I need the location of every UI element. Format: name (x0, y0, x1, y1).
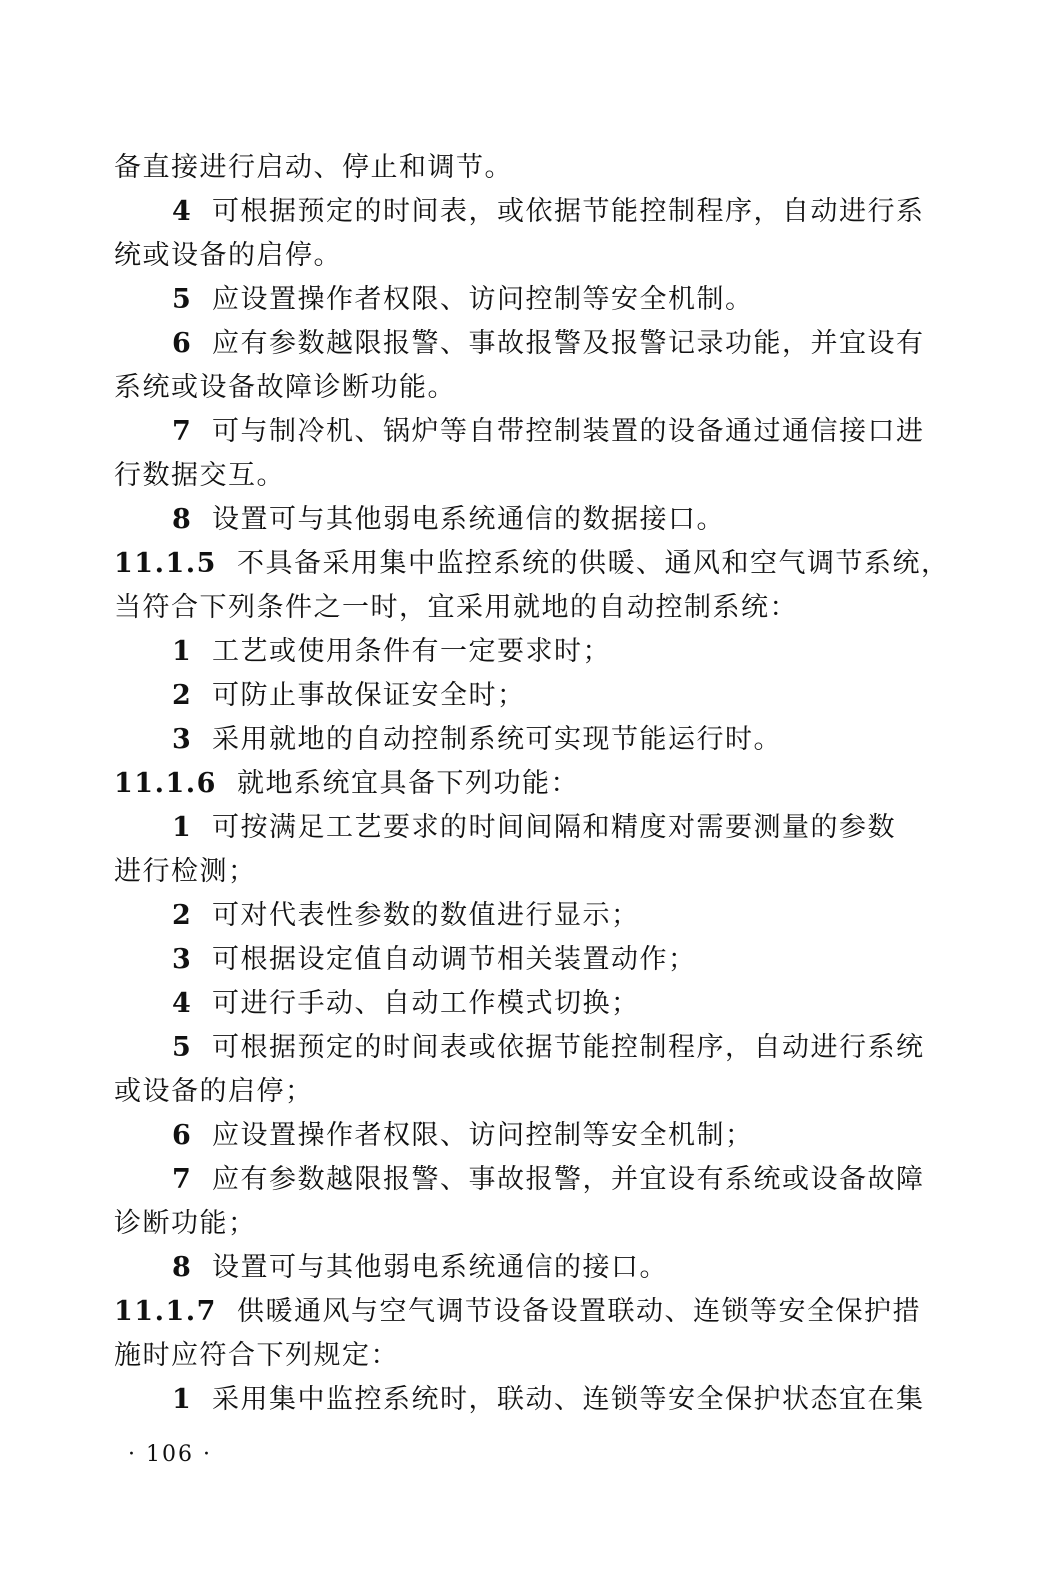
line-text: 当符合下列条件之一时，宜采用就地的自动控制系统： (114, 592, 798, 623)
text-line: 当符合下列条件之一时，宜采用就地的自动控制系统： (114, 590, 798, 626)
text-line: 3可根据设定值自动调节相关装置动作； (172, 942, 697, 978)
text-line: 统或设备的启停。 (114, 238, 342, 274)
line-text: 可根据设定值自动调节相关装置动作； (212, 944, 697, 975)
item-number: 4 (172, 986, 212, 1022)
line-text: 工艺或使用条件有一定要求时； (212, 636, 611, 667)
line-text: 或设备的启停； (114, 1076, 314, 1107)
text-line: 或设备的启停； (114, 1074, 314, 1110)
text-line: 5应设置操作者权限、访问控制等安全机制。 (172, 282, 754, 318)
text-line: 8设置可与其他弱电系统通信的接口。 (172, 1250, 668, 1286)
item-number: 5 (172, 1030, 212, 1066)
item-number: 3 (172, 942, 212, 978)
item-number: 6 (172, 1118, 212, 1154)
line-text: 设置可与其他弱电系统通信的接口。 (212, 1252, 668, 1283)
item-number: 4 (172, 194, 212, 230)
page-number: · 106 · (128, 1442, 212, 1467)
section-number: 11.1.5 (114, 546, 217, 582)
line-text: 可根据预定的时间表，或依据节能控制程序，自动进行系 (212, 196, 925, 227)
line-text: 可按满足工艺要求的时间间隔和精度对需要测量的参数 (212, 812, 896, 843)
text-line: 7可与制冷机、锅炉等自带控制装置的设备通过通信接口进 (172, 414, 925, 450)
item-number: 8 (172, 502, 212, 538)
text-line: 进行检测； (114, 854, 257, 890)
text-line: 1工艺或使用条件有一定要求时； (172, 634, 611, 670)
line-text: 不具备采用集中监控系统的供暖、通风和空气调节系统， (237, 548, 950, 579)
line-text: 可进行手动、自动工作模式切换； (212, 988, 640, 1019)
text-line: 1可按满足工艺要求的时间间隔和精度对需要测量的参数 (172, 810, 896, 846)
text-line: 行数据交互。 (114, 458, 285, 494)
line-text: 就地系统宜具备下列功能： (237, 768, 579, 799)
text-line: 诊断功能； (114, 1206, 257, 1242)
text-line: 6应设置操作者权限、访问控制等安全机制； (172, 1118, 754, 1154)
line-text: 系统或设备故障诊断功能。 (114, 372, 456, 403)
item-number: 1 (172, 810, 212, 846)
line-text: 采用集中监控系统时，联动、连锁等安全保护状态宜在集 (212, 1384, 925, 1415)
line-text: 进行检测； (114, 856, 257, 887)
line-text: 统或设备的启停。 (114, 240, 342, 271)
text-line: 6应有参数越限报警、事故报警及报警记录功能，并宜设有 (172, 326, 925, 362)
line-text: 应有参数越限报警、事故报警及报警记录功能，并宜设有 (212, 328, 925, 359)
line-text: 采用就地的自动控制系统可实现节能运行时。 (212, 724, 782, 755)
line-text: 备直接进行启动、停止和调节。 (114, 152, 513, 183)
section-heading-line: 11.1.5不具备采用集中监控系统的供暖、通风和空气调节系统， (114, 546, 949, 582)
text-line: 4可根据预定的时间表，或依据节能控制程序，自动进行系 (172, 194, 925, 230)
item-number: 2 (172, 898, 212, 934)
item-number: 7 (172, 1162, 212, 1198)
section-number: 11.1.6 (114, 766, 217, 802)
line-text: 设置可与其他弱电系统通信的数据接口。 (212, 504, 725, 535)
text-line: 施时应符合下列规定： (114, 1338, 399, 1374)
item-number: 1 (172, 634, 212, 670)
line-text: 可对代表性参数的数值进行显示； (212, 900, 640, 931)
item-number: 2 (172, 678, 212, 714)
text-line: 2可防止事故保证安全时； (172, 678, 526, 714)
line-text: 应设置操作者权限、访问控制等安全机制。 (212, 284, 754, 315)
text-line: 8设置可与其他弱电系统通信的数据接口。 (172, 502, 725, 538)
line-text: 供暖通风与空气调节设备设置联动、连锁等安全保护措 (237, 1296, 921, 1327)
item-number: 6 (172, 326, 212, 362)
text-line: 7应有参数越限报警、事故报警，并宜设有系统或设备故障 (172, 1162, 925, 1198)
item-number: 3 (172, 722, 212, 758)
text-line: 系统或设备故障诊断功能。 (114, 370, 456, 406)
section-heading-line: 11.1.7供暖通风与空气调节设备设置联动、连锁等安全保护措 (114, 1294, 921, 1330)
line-text: 可与制冷机、锅炉等自带控制装置的设备通过通信接口进 (212, 416, 925, 447)
item-number: 8 (172, 1250, 212, 1286)
text-line: 5可根据预定的时间表或依据节能控制程序，自动进行系统 (172, 1030, 925, 1066)
section-number: 11.1.7 (114, 1294, 217, 1330)
text-line: 3采用就地的自动控制系统可实现节能运行时。 (172, 722, 782, 758)
line-text: 诊断功能； (114, 1208, 257, 1239)
line-text: 可根据预定的时间表或依据节能控制程序，自动进行系统 (212, 1032, 925, 1063)
item-number: 1 (172, 1382, 212, 1418)
item-number: 5 (172, 282, 212, 318)
line-text: 行数据交互。 (114, 460, 285, 491)
line-text: 可防止事故保证安全时； (212, 680, 526, 711)
line-text: 施时应符合下列规定： (114, 1340, 399, 1371)
item-number: 7 (172, 414, 212, 450)
text-line: 2可对代表性参数的数值进行显示； (172, 898, 640, 934)
text-line: 1采用集中监控系统时，联动、连锁等安全保护状态宜在集 (172, 1382, 925, 1418)
text-line: 备直接进行启动、停止和调节。 (114, 150, 513, 186)
line-text: 应设置操作者权限、访问控制等安全机制； (212, 1120, 754, 1151)
section-heading-line: 11.1.6就地系统宜具备下列功能： (114, 766, 579, 802)
line-text: 应有参数越限报警、事故报警，并宜设有系统或设备故障 (212, 1164, 925, 1195)
text-line: 4可进行手动、自动工作模式切换； (172, 986, 640, 1022)
